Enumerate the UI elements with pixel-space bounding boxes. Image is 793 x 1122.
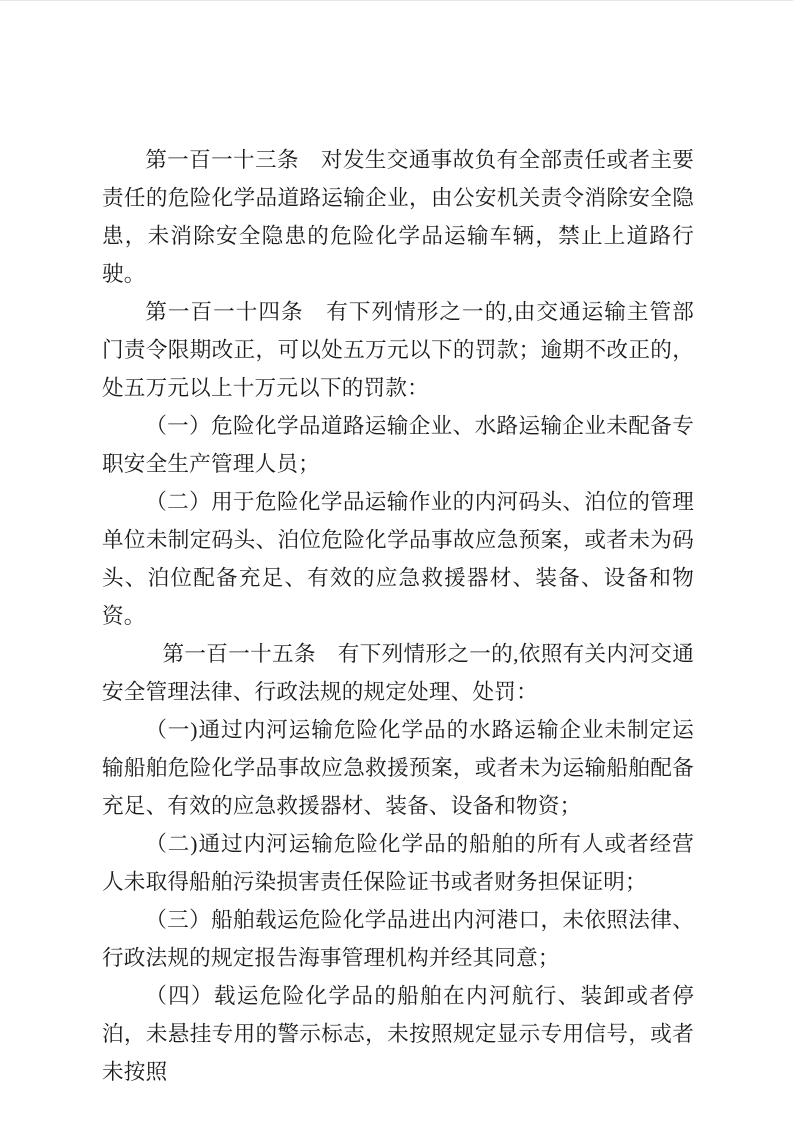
- paragraph-article-115-item-4: （四）载运危险化学品的船舶在内河航行、装卸或者停泊，未悬挂专用的警示标志，未按照…: [102, 977, 694, 1091]
- paragraph-article-114-item-2: （二）用于危险化学品运输作业的内河码头、泊位的管理单位未制定码头、泊位危险化学品…: [102, 483, 694, 635]
- paragraph-article-113: 第一百一十三条 对发生交通事故负有全部责任或者主要责任的危险化学品道路运输企业，…: [102, 141, 694, 293]
- page-top-edge: [0, 0, 793, 1]
- document-page: 第一百一十三条 对发生交通事故负有全部责任或者主要责任的危险化学品道路运输企业，…: [0, 0, 793, 1122]
- paragraph-article-115-item-2: （二)通过内河运输危险化学品的船舶的所有人或者经营人未取得船舶污染损害责任保险证…: [102, 825, 694, 901]
- page-text-block: 第一百一十三条 对发生交通事故负有全部责任或者主要责任的危险化学品道路运输企业，…: [102, 141, 694, 1091]
- paragraph-article-114-item-1: （一）危险化学品道路运输企业、水路运输企业未配备专职安全生产管理人员；: [102, 407, 694, 483]
- paragraph-article-115: 第一百一十五条 有下列情形之一的,依照有关内河交通安全管理法律、行政法规的规定处…: [102, 635, 694, 711]
- paragraph-article-114: 第一百一十四条 有下列情形之一的,由交通运输主管部门责令限期改正，可以处五万元以…: [102, 293, 694, 407]
- paragraph-article-115-item-3: （三）船舶载运危险化学品进出内河港口，未依照法律、行政法规的规定报告海事管理机构…: [102, 901, 694, 977]
- paragraph-article-115-item-1: （一)通过内河运输危险化学品的水路运输企业未制定运输船舶危险化学品事故应急救援预…: [102, 711, 694, 825]
